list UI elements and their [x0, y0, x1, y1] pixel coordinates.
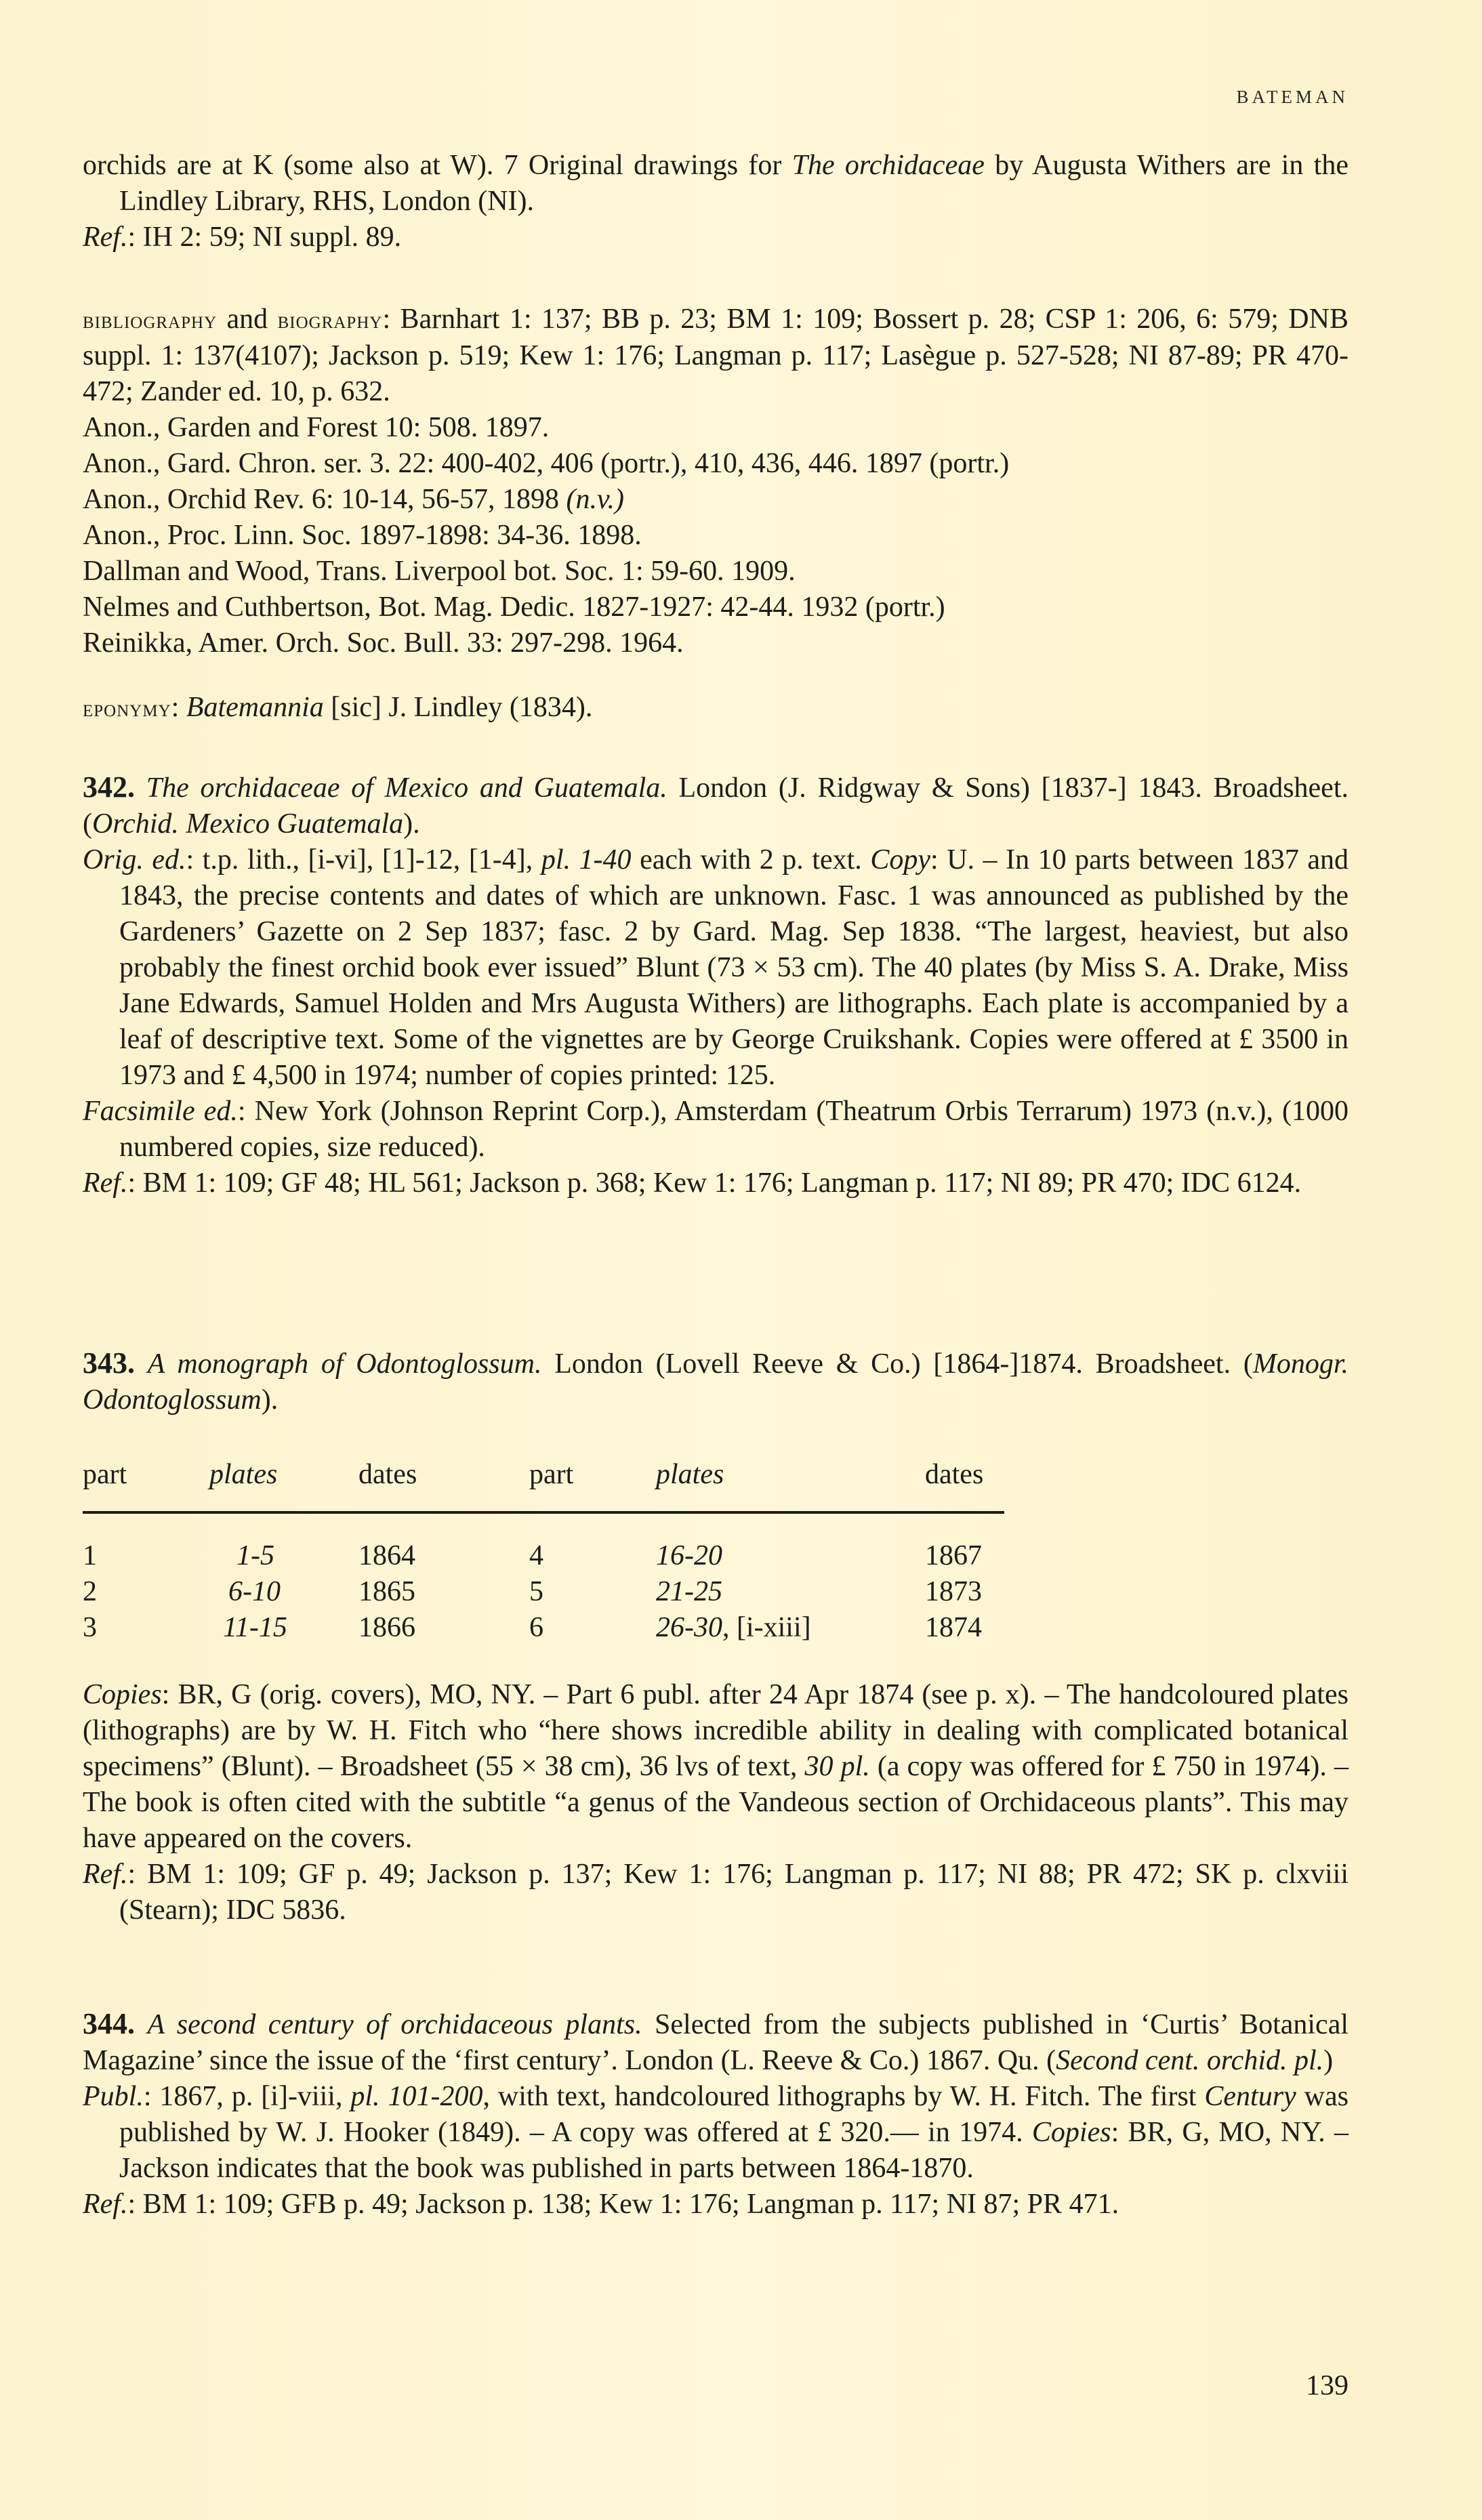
- biography-label: biography: [278, 306, 383, 333]
- entry-abbrev: Second cent. orchid. pl.: [1056, 2045, 1323, 2076]
- copies-paragraph: Copies: BR, G (orig. covers), MO, NY. – …: [83, 1677, 1349, 1857]
- ref-text: : BM 1: 109; GF p. 49; Jackson p. 137; K…: [119, 1859, 1349, 1926]
- parts-table-body-wrap: 1 1-5 1864 4 16-20 1867 2 6-10 1865 5 21…: [83, 1538, 1349, 1646]
- col-header: dates: [358, 1457, 529, 1493]
- plates-extra: , [i-xiii]: [722, 1612, 811, 1643]
- cell-part: 6: [529, 1610, 656, 1646]
- parts-table: part plates dates part plates dates: [83, 1457, 1061, 1493]
- intro-section: orchids are at K (some also at W). 7 Ori…: [83, 148, 1349, 255]
- entry-heading: 342. The orchidaceae of Mexico and Guate…: [83, 769, 1349, 842]
- cell-part: 2: [83, 1574, 209, 1610]
- copies-label: Copies: [83, 1679, 162, 1710]
- page-number: 139: [1306, 2370, 1349, 2402]
- entry-heading: 344. A second century of orchidaceous pl…: [83, 2006, 1349, 2079]
- entry-title: The orchidaceae of Mexico and Guatemala.: [146, 772, 667, 804]
- plates-italic: pl. 1-40: [541, 844, 632, 875]
- entry-number: 344.: [83, 2007, 135, 2040]
- cell-part: 5: [529, 1574, 656, 1610]
- entry-text: Anon., Orchid Rev. 6: 10-14, 56-57, 1898: [83, 484, 567, 515]
- copies-label: Copies: [1032, 2117, 1111, 2148]
- table-row: 3 11-15 1866 6 26-30, [i-xiii] 1874: [83, 1610, 1061, 1646]
- cell-date: 1867: [925, 1538, 1061, 1574]
- eponymy-label: eponymy: [83, 695, 171, 722]
- punct: ): [1323, 2045, 1333, 2076]
- cell-date: 1874: [925, 1610, 1061, 1646]
- bibliography-entry: Reinikka, Amer. Orch. Soc. Bull. 33: 297…: [83, 625, 1349, 661]
- entry-343: 343. A monograph of Odontoglossum. Londo…: [83, 1345, 1349, 1418]
- ref-label: Ref.: [83, 1859, 127, 1890]
- entry-title: A second century of orchidaceous plants.: [147, 2009, 642, 2040]
- cell-plates: 1-5: [209, 1538, 358, 1574]
- col-header: dates: [925, 1457, 1061, 1493]
- eponymy-text: [sic] J. Lindley (1834).: [324, 692, 593, 723]
- bibliography-entry: Anon., Gard. Chron. ser. 3. 22: 400-402,…: [83, 446, 1349, 482]
- punct: ).: [262, 1384, 279, 1416]
- ref-paragraph: Ref.: BM 1: 109; GFB p. 49; Jackson p. 1…: [83, 2187, 1349, 2223]
- entry-number: 343.: [83, 1346, 135, 1380]
- entry-imprint: London (Lovell Reeve & Co.) [1864-]1874.…: [541, 1348, 1252, 1380]
- copy-label: Copy: [870, 844, 930, 875]
- col-header: part: [83, 1457, 209, 1493]
- bibliography-entry: Nelmes and Cuthbertson, Bot. Mag. Dedic.…: [83, 590, 1349, 625]
- ref-text: : BM 1: 109; GFB p. 49; Jackson p. 138; …: [127, 2189, 1119, 2220]
- orig-text: each with 2 p. text.: [632, 844, 871, 875]
- publ-label: Publ.: [83, 2081, 144, 2112]
- ref-text: : BM 1: 109; GF 48; HL 561; Jackson p. 3…: [127, 1168, 1301, 1199]
- ref-label: Ref.: [83, 1168, 127, 1199]
- cell-date: 1873: [925, 1574, 1061, 1610]
- facsimile-text: : New York (Johnson Reprint Corp.), Amst…: [119, 1096, 1349, 1163]
- publ-text: , with text, handcoloured lithographs by…: [482, 2081, 1204, 2112]
- table-header-row: part plates dates part plates dates: [83, 1457, 1061, 1493]
- bibliography-entry: Anon., Proc. Linn. Soc. 1897-1898: 34-36…: [83, 518, 1349, 554]
- orig-ed-paragraph: Orig. ed.: t.p. lith., [i-vi], [1]-12, […: [83, 842, 1349, 1094]
- entry-343-notes: Copies: BR, G (orig. covers), MO, NY. – …: [83, 1677, 1349, 1928]
- plates-range: 16-20: [656, 1540, 722, 1571]
- orig-text: : t.p. lith., [i-vi], [1]-12, [1-4],: [186, 844, 541, 875]
- entry-344: 344. A second century of orchidaceous pl…: [83, 2006, 1349, 2223]
- publ-text: : 1867, p. [i]-viii,: [144, 2081, 351, 2112]
- plates-range: 21-25: [656, 1576, 722, 1607]
- table-row: 1 1-5 1864 4 16-20 1867: [83, 1538, 1061, 1574]
- punct: ).: [403, 808, 420, 840]
- orig-text: : U. – In 10 parts between 1837 and 1843…: [119, 844, 1349, 1091]
- entry-note: (n.v.): [567, 484, 625, 515]
- ref-paragraph: Ref.: BM 1: 109; GF 48; HL 561; Jackson …: [83, 1165, 1349, 1201]
- bibliography-entry: Anon., Garden and Forest 10: 508. 1897.: [83, 410, 1349, 446]
- cell-plates: 16-20: [656, 1538, 925, 1574]
- book-page: BATEMAN orchids are at K (some also at W…: [0, 0, 1482, 2520]
- table-rule: [83, 1511, 1004, 1514]
- eponymy-line: eponymy: Batemannia [sic] J. Lindley (18…: [83, 690, 1349, 726]
- entry-title: A monograph of Odontoglossum.: [148, 1348, 542, 1380]
- entry-heading: 343. A monograph of Odontoglossum. Londo…: [83, 1345, 1349, 1418]
- facsimile-label: Facsimile ed.: [83, 1096, 238, 1127]
- table-row: 2 6-10 1865 5 21-25 1873: [83, 1574, 1061, 1610]
- cell-plates: 26-30, [i-xiii]: [656, 1610, 925, 1646]
- intro-paragraph: orchids are at K (some also at W). 7 Ori…: [83, 148, 1349, 220]
- cell-plates: 11-15: [209, 1610, 358, 1646]
- publ-paragraph: Publ.: 1867, p. [i]-viii, pl. 101-200, w…: [83, 2079, 1349, 2187]
- plates-range: 26-30: [656, 1612, 722, 1643]
- and-text: and: [217, 304, 277, 335]
- cell-date: 1864: [358, 1538, 529, 1574]
- orig-ed-label: Orig. ed.: [83, 844, 186, 875]
- cell-part: 1: [83, 1538, 209, 1574]
- ref-label: Ref.: [83, 222, 127, 253]
- century-italic: Century: [1204, 2081, 1296, 2112]
- entry-number: 342.: [83, 770, 135, 804]
- facsimile-paragraph: Facsimile ed.: New York (Johnson Reprint…: [83, 1094, 1349, 1165]
- col-header: plates: [656, 1457, 925, 1493]
- eponymy-genus: Batemannia: [186, 692, 324, 723]
- ref-paragraph: Ref.: BM 1: 109; GF p. 49; Jackson p. 13…: [83, 1857, 1349, 1928]
- ref-label: Ref.: [83, 2189, 127, 2220]
- cell-part: 4: [529, 1538, 656, 1574]
- colon: :: [171, 692, 186, 723]
- running-head: BATEMAN: [1236, 87, 1349, 108]
- plates-italic: 30 pl.: [805, 1751, 870, 1782]
- col-header: part: [529, 1457, 656, 1493]
- intro-ref: Ref.: IH 2: 59; NI suppl. 89.: [83, 220, 1349, 255]
- cell-plates: 6-10: [209, 1574, 358, 1610]
- parts-table-body: 1 1-5 1864 4 16-20 1867 2 6-10 1865 5 21…: [83, 1538, 1061, 1646]
- ref-text: : IH 2: 59; NI suppl. 89.: [127, 222, 401, 253]
- eponymy-section: eponymy: Batemannia [sic] J. Lindley (18…: [83, 690, 1349, 726]
- plates-italic: pl. 101-200: [350, 2081, 482, 2112]
- cell-date: 1865: [358, 1574, 529, 1610]
- bibliography-label: bibliography: [83, 306, 217, 333]
- bibliography-section: bibliography and biography: Barnhart 1: …: [83, 302, 1349, 661]
- intro-title-italic: The orchidaceae: [792, 150, 985, 181]
- parts-table-wrap: part plates dates part plates dates: [83, 1457, 1349, 1493]
- cell-part: 3: [83, 1610, 209, 1646]
- cell-date: 1866: [358, 1610, 529, 1646]
- col-header: plates: [209, 1457, 358, 1493]
- cell-plates: 21-25: [656, 1574, 925, 1610]
- entry-342: 342. The orchidaceae of Mexico and Guate…: [83, 769, 1349, 1201]
- bibliography-entry: Anon., Orchid Rev. 6: 10-14, 56-57, 1898…: [83, 482, 1349, 518]
- bibliography-entry: Dallman and Wood, Trans. Liverpool bot. …: [83, 554, 1349, 590]
- intro-text: orchids are at K (some also at W). 7 Ori…: [83, 150, 792, 181]
- entry-abbrev: Orchid. Mexico Guatemala: [92, 808, 403, 840]
- bibliography-paragraph: bibliography and biography: Barnhart 1: …: [83, 302, 1349, 410]
